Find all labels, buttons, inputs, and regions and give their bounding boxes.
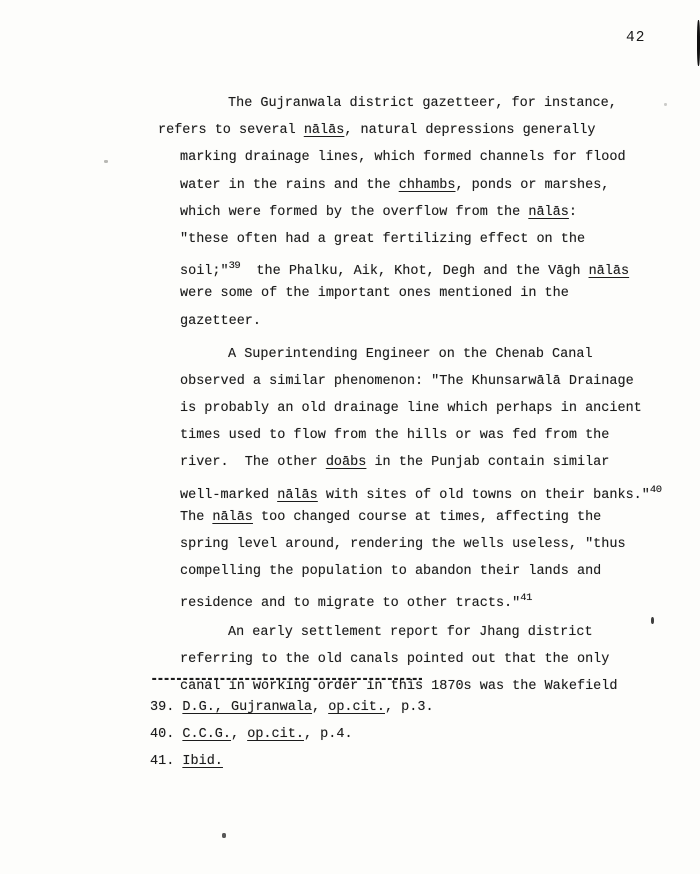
underlined-term: nālās: [212, 510, 253, 525]
text-segment: 39.: [150, 700, 182, 715]
ink-mark: [651, 617, 654, 624]
text-line: residence and to migrate to other tracts…: [180, 585, 700, 612]
text-line: marking drainage lines, which formed cha…: [180, 144, 700, 171]
text-line: spring level around, rendering the wells…: [180, 531, 700, 558]
underlined-term: nālās: [528, 205, 569, 220]
text-line: 40. C.C.G., op.cit., p.4.: [150, 721, 434, 748]
underlined-term: nālās: [277, 488, 318, 503]
text-segment: 40.: [150, 727, 182, 742]
text-segment: ,: [312, 700, 328, 715]
underlined-term: D.G., Gujranwala: [182, 700, 312, 715]
text-segment: An early settlement report for Jhang dis…: [228, 625, 593, 640]
text-segment: with sites of old towns on their banks.": [318, 488, 650, 503]
text-segment: gazetteer.: [180, 314, 261, 329]
footnote-reference: 39: [229, 260, 241, 272]
text-segment: water in the rains and the: [180, 178, 399, 193]
body-text: The Gujranwala district gazetteer, for i…: [0, 90, 700, 700]
underlined-term: op.cit.: [328, 700, 385, 715]
text-segment: A Superintending Engineer on the Chenab …: [228, 347, 593, 362]
text-segment: marking drainage lines, which formed cha…: [180, 150, 626, 165]
underlined-term: doābs: [326, 455, 367, 470]
text-line: were some of the important ones mentione…: [180, 280, 700, 307]
text-segment: were some of the important ones mentione…: [180, 286, 569, 301]
text-line: An early settlement report for Jhang dis…: [228, 619, 700, 646]
document-page: 42 The Gujranwala district gazetteer, fo…: [0, 0, 700, 874]
text-segment: residence and to migrate to other tracts…: [180, 596, 520, 611]
text-segment: observed a similar phenomenon: "The Khun…: [180, 374, 634, 389]
text-segment: spring level around, rendering the wells…: [180, 537, 626, 552]
underlined-term: C.C.G.: [182, 727, 231, 742]
text-segment: compelling the population to abandon the…: [180, 564, 601, 579]
text-segment: ,: [231, 727, 247, 742]
text-segment: "these often had a great fertilizing eff…: [180, 232, 585, 247]
text-line: well-marked nālās with sites of old town…: [180, 477, 700, 504]
text-segment: in the Punjab contain similar: [366, 455, 609, 470]
underlined-term: nālās: [589, 264, 630, 279]
text-segment: refers to several: [158, 123, 304, 138]
text-segment: :: [569, 205, 577, 220]
text-line: compelling the population to abandon the…: [180, 558, 700, 585]
text-line: A Superintending Engineer on the Chenab …: [228, 341, 700, 368]
text-line: observed a similar phenomenon: "The Khun…: [180, 368, 700, 395]
text-line: refers to several nālās, natural depress…: [158, 117, 700, 144]
text-line: soil;"39 the Phalku, Aik, Khot, Degh and…: [180, 253, 700, 280]
text-line: gazetteer.: [180, 308, 700, 335]
text-segment: referring to the old canals pointed out …: [180, 652, 609, 667]
text-segment: , natural depressions generally: [344, 123, 595, 138]
footnote-reference: 40: [650, 484, 662, 496]
text-segment: times used to flow from the hills or was…: [180, 428, 609, 443]
footnotes-block: 39. D.G., Gujranwala, op.cit., p.3.40. C…: [150, 694, 434, 776]
underlined-term: chhambs: [399, 178, 456, 193]
text-line: 41. Ibid.: [150, 748, 434, 775]
text-segment: , p.4.: [304, 727, 353, 742]
text-segment: , p.3.: [385, 700, 434, 715]
text-line: which were formed by the overflow from t…: [180, 199, 700, 226]
faint-dot-right: [664, 103, 667, 106]
text-line: "these often had a great fertilizing eff…: [180, 226, 700, 253]
faint-dot-left: [104, 160, 108, 163]
text-line: The nālās too changed course at times, a…: [180, 504, 700, 531]
text-segment: soil;": [180, 264, 229, 279]
underlined-term: Ibid.: [182, 754, 223, 769]
text-segment: which were formed by the overflow from t…: [180, 205, 528, 220]
text-line: is probably an old drainage line which p…: [180, 395, 700, 422]
underlined-term: nālās: [304, 123, 345, 138]
text-segment: , ponds or marshes,: [455, 178, 609, 193]
text-line: The Gujranwala district gazetteer, for i…: [228, 90, 700, 117]
footnote-reference: 41: [520, 592, 532, 604]
text-segment: the Phalku, Aik, Khot, Degh and the Vāgh: [240, 264, 588, 279]
text-segment: 41.: [150, 754, 182, 769]
page-number: 42: [626, 30, 645, 46]
footnote-separator: ----------------------------------------…: [150, 670, 422, 695]
text-line: times used to flow from the hills or was…: [180, 422, 700, 449]
text-segment: river. The other: [180, 455, 326, 470]
text-line: river. The other doābs in the Punjab con…: [180, 449, 700, 476]
speck-bottom: [222, 833, 226, 838]
text-line: water in the rains and the chhambs, pond…: [180, 172, 700, 199]
text-segment: too changed course at times, affecting t…: [253, 510, 601, 525]
text-line: 39. D.G., Gujranwala, op.cit., p.3.: [150, 694, 434, 721]
underlined-term: op.cit.: [247, 727, 304, 742]
text-segment: The Gujranwala district gazetteer, for i…: [228, 96, 617, 111]
text-segment: is probably an old drainage line which p…: [180, 401, 642, 416]
text-segment: well-marked: [180, 488, 277, 503]
text-segment: The: [180, 510, 212, 525]
